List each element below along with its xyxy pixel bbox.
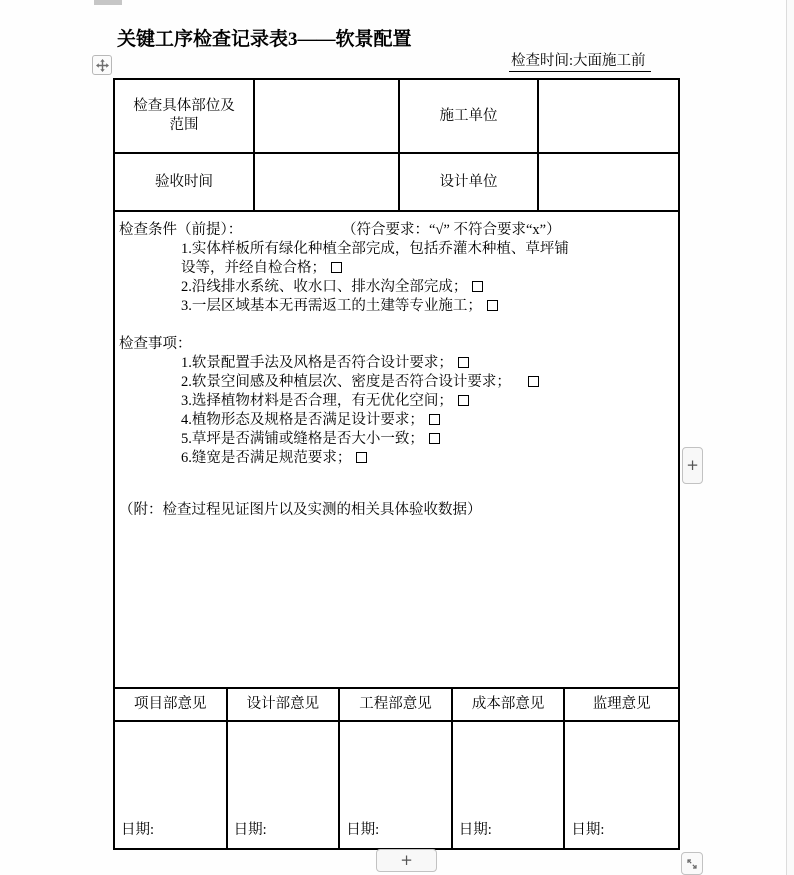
opinion-cell-project-dept[interactable]: 日期: [115,722,228,848]
date-label: 日期: [234,818,267,839]
checkbox-icon [331,262,342,273]
header-cost-dept: 成本部意见 [453,689,566,720]
checkbox-icon [528,376,539,387]
date-label: 日期: [571,818,604,839]
table-resize-handle[interactable] [681,852,703,875]
cell-inspection-scope-value[interactable] [255,80,400,152]
checkbox-icon [458,357,469,368]
checkbox-icon [487,300,498,311]
table-row-info-2: 验收时间 设计单位 [115,154,678,212]
matter-item: 1.软景配置手法及风格是否符合设计要求； [119,354,672,373]
inspection-record-table: 检查具体部位及范围 施工单位 验收时间 设计单位 检查条件（前提）：（符合要求：… [113,78,680,850]
matters-heading: 检查事项： [119,335,672,354]
matter-item: 6.缝宽是否满足规范要求； [119,449,672,468]
cell-construction-unit-value[interactable] [539,80,678,152]
opinion-header-row: 项目部意见 设计部意见 工程部意见 成本部意见 监理意见 [115,689,678,722]
checkbox-icon [429,433,440,444]
cell-design-unit-label: 设计单位 [400,154,539,210]
cell-design-unit-value[interactable] [539,154,678,210]
page-right-edge [786,0,794,875]
cell-acceptance-time-value[interactable] [255,154,400,210]
header-supervision: 监理意见 [565,689,678,720]
checkbox-icon [356,452,367,463]
header-engineering-dept: 工程部意见 [340,689,453,720]
opinion-cell-design-dept[interactable]: 日期: [228,722,341,848]
conditions-heading: 检查条件（前提）： [119,221,342,240]
header-design-dept: 设计部意见 [228,689,341,720]
cell-acceptance-time-label: 验收时间 [115,154,255,210]
scrollbar-fragment[interactable] [94,0,122,5]
cell-construction-unit-label: 施工单位 [400,80,539,152]
add-column-button[interactable]: + [682,447,703,484]
condition-item: 3.一层区域基本无再需返工的土建等专业施工； [119,297,672,316]
attachment-note: （附：检查过程见证图片以及实测的相关具体验收数据） [119,501,672,520]
condition-item: 1.实体样板所有绿化种植全部完成，包括乔灌木种植、草坪铺 [119,240,672,259]
document-page: 关键工序检查记录表3——软景配置 检查时间:大面施工前 检查具体部位及范围 施工… [0,0,794,875]
add-row-button[interactable]: + [376,849,437,872]
document-title: 关键工序检查记录表3——软景配置 [117,24,412,51]
conditions-legend: （符合要求：“√” 不符合要求“x”） [342,222,561,238]
matter-item: 4.植物形态及规格是否满足设计要求； [119,411,672,430]
opinion-cell-cost-dept[interactable]: 日期: [453,722,566,848]
condition-item: 2.沿线排水系统、收水口、排水沟全部完成； [119,278,672,297]
checkbox-icon [429,414,440,425]
diagonal-resize-icon [686,858,698,870]
opinion-row: 日期: 日期: 日期: 日期: 日期: [115,722,678,848]
date-label: 日期: [346,818,379,839]
matter-item: 3.选择植物材料是否合理，有无优化空间； [119,392,672,411]
matter-item: 5.草坪是否满铺或缝格是否大小一致； [119,430,672,449]
header-project-dept: 项目部意见 [115,689,228,720]
move-arrows-icon [96,59,109,72]
table-row-info-1: 检查具体部位及范围 施工单位 [115,80,678,154]
date-label: 日期: [121,818,154,839]
opinion-cell-supervision[interactable]: 日期: [565,722,678,848]
conditions-heading-line: 检查条件（前提）：（符合要求：“√” 不符合要求“x”） [119,221,672,240]
checklist-cell[interactable]: 检查条件（前提）：（符合要求：“√” 不符合要求“x”） 1.实体样板所有绿化种… [115,212,678,689]
date-label: 日期: [459,818,492,839]
table-move-handle[interactable] [92,55,112,75]
checkbox-icon [458,395,469,406]
opinion-cell-engineering-dept[interactable]: 日期: [340,722,453,848]
inspection-time-label: 检查时间:大面施工前 [509,52,651,72]
condition-item: 设等，并经自检合格； [119,259,672,278]
checkbox-icon [472,281,483,292]
cell-inspection-scope-label: 检查具体部位及范围 [115,80,255,152]
matter-item: 2.软景空间感及种植层次、密度是否符合设计要求； [119,373,672,392]
